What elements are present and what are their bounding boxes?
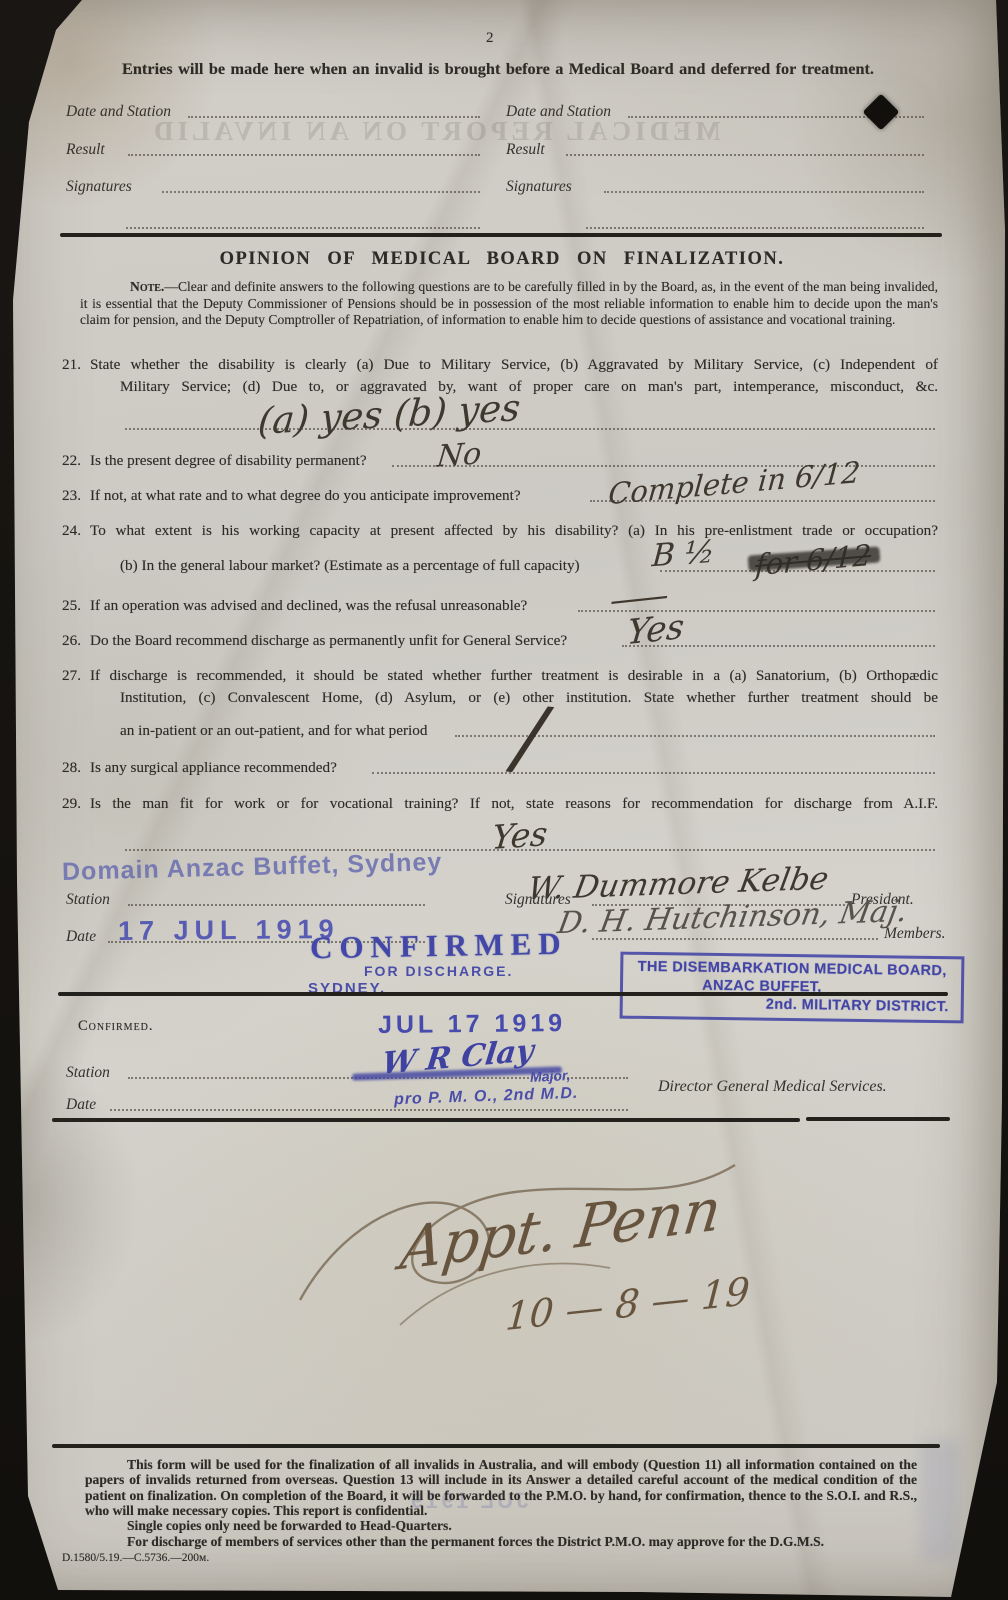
question-28: 28.Is any surgical appliance recommended… xyxy=(62,759,337,777)
question-24-answer: B ½ xyxy=(651,534,716,575)
deferred-left-signatures-line xyxy=(162,191,480,193)
question-22-text: Is the present degree of disability perm… xyxy=(90,452,367,469)
question-25: 25.If an operation was advised and decli… xyxy=(62,597,527,615)
board-date-stamp: 17 JUL 1919 xyxy=(118,914,340,947)
question-23: 23.If not, at what rate and to what degr… xyxy=(62,487,521,505)
confirmed-stamp: CONFIRMED xyxy=(310,926,568,966)
members-label: Members. xyxy=(884,925,946,943)
question-26-text: Do the Board recommend discharge as perm… xyxy=(90,632,567,649)
section-divider-3b xyxy=(806,1117,950,1121)
question-23-answer: Complete in 6/12 xyxy=(607,455,862,511)
section-divider-4 xyxy=(52,1444,940,1448)
deferred-left-result-label: Result xyxy=(66,141,105,159)
for-discharge-stamp: FOR DISCHARGE. xyxy=(364,963,513,979)
deferred-right-signatures-label: Signatures xyxy=(506,178,572,196)
deferred-right-result-label: Result xyxy=(506,141,545,159)
question-24-line1: 24.To what extent is his working capacit… xyxy=(62,521,938,540)
confirm-date-label: Date xyxy=(66,1096,96,1114)
section-divider-3a xyxy=(52,1118,800,1122)
question-24-line2: (b) In the general labour market? (Estim… xyxy=(120,557,580,575)
deferred-left-date-station-line xyxy=(188,116,480,118)
question-29-answer-line xyxy=(125,849,935,851)
question-27-line3: an in-patient or an out-patient, and for… xyxy=(120,722,427,740)
deferred-right-extra-line xyxy=(586,227,924,229)
station-rubber-stamp: Domain Anzac Buffet, Sydney xyxy=(62,848,443,887)
question-26-number: 26. xyxy=(62,632,81,649)
question-21-text: State whether the disability is clearly … xyxy=(90,356,938,373)
question-21-line2: Military Service; (d) Due to, or aggrava… xyxy=(120,377,938,396)
question-28-text: Is any surgical appliance recommended? xyxy=(90,759,337,776)
question-25-number: 25. xyxy=(62,597,81,614)
footer-single-copies: Single copies only need be forwarded to … xyxy=(127,1518,452,1534)
board-members-line xyxy=(592,938,878,940)
confirm-date-stamp: JUL 17 1919 xyxy=(378,1009,566,1040)
footer-confidential-text: This report is confidential. xyxy=(274,1503,428,1518)
question-22-number: 22. xyxy=(62,452,81,469)
question-28-answer-line xyxy=(372,772,935,774)
opinion-title: OPINION OF MEDICAL BOARD ON FINALIZATION… xyxy=(62,249,942,270)
board-date-label: Date xyxy=(66,928,96,946)
footer-main-text: This form will be used for the finalizat… xyxy=(85,1457,917,1518)
bleedthrough-title-ghost: MEDICAL REPORT ON AN INVALID xyxy=(150,116,721,147)
deferred-left-extra-line xyxy=(126,227,480,229)
question-28-number: 28. xyxy=(62,759,81,776)
question-23-text: If not, at what rate and to what degree … xyxy=(90,487,521,504)
deferred-left-signatures-label: Signatures xyxy=(66,178,132,196)
board-station-line xyxy=(128,904,425,906)
footer-discharge-note: For discharge of members of services oth… xyxy=(127,1534,824,1550)
question-24-text: To what extent is his working capacity a… xyxy=(90,522,938,539)
form-code: D.1580/5.19.—C.5736.—200ᴍ. xyxy=(62,1552,209,1564)
deferred-heading: Entries will be made here when an invali… xyxy=(122,59,874,78)
scan-background: MEDICAL REPORT ON AN INVALID JUL 1919 2 … xyxy=(0,0,1008,1600)
hole-punch xyxy=(863,94,900,131)
question-22: 22.Is the present degree of disability p… xyxy=(62,452,367,470)
question-23-number: 23. xyxy=(62,487,81,504)
confirm-station-label: Station xyxy=(66,1064,110,1082)
question-24-number: 24. xyxy=(62,522,81,539)
question-27-text: If discharge is recommended, it should b… xyxy=(90,667,938,684)
director-general-label: Director General Medical Services. xyxy=(658,1078,887,1096)
note-text: —Clear and definite answers to the follo… xyxy=(80,279,938,327)
section-divider-2 xyxy=(58,992,948,996)
question-21-answer-line xyxy=(125,428,935,430)
deferred-right-result-line xyxy=(566,154,924,156)
question-26: 26.Do the Board recommend discharge as p… xyxy=(62,632,567,650)
document-page: MEDICAL REPORT ON AN INVALID JUL 1919 2 … xyxy=(0,0,1008,1600)
question-27-line1: 27.If discharge is recommended, it shoul… xyxy=(62,666,938,685)
note-label: Note. xyxy=(130,279,164,294)
deferred-right-date-station-label: Date and Station xyxy=(506,103,611,121)
confirmed-label: Confirmed. xyxy=(78,1018,154,1035)
bleedthrough-blue-blot xyxy=(920,1440,960,1560)
opinion-note: Note.—Clear and definite answers to the … xyxy=(80,279,938,329)
pmo-title-stamp: pro P. M. O., 2nd M.D. xyxy=(394,1085,579,1109)
question-25-text: If an operation was advised and declined… xyxy=(90,597,527,614)
deferred-left-date-station-label: Date and Station xyxy=(66,103,171,121)
question-27-number: 27. xyxy=(62,667,81,684)
footer-paragraph: This form will be used for the finalizat… xyxy=(85,1457,917,1518)
deferred-right-signatures-line xyxy=(604,191,924,193)
board-station-label: Station xyxy=(66,891,110,909)
deferred-left-result-line xyxy=(128,154,480,156)
question-21-number: 21. xyxy=(62,356,81,373)
question-22-answer: No xyxy=(435,436,483,474)
confirm-date-line xyxy=(110,1109,628,1111)
question-29-text: Is the man fit for work or for vocationa… xyxy=(90,795,938,812)
disembarkation-board-stamp: THE DISEMBARKATION MEDICAL BOARD, ANZAC … xyxy=(620,952,965,1024)
board-stamp-line3: 2nd. MILITARY DISTRICT. xyxy=(627,994,957,1017)
question-29-number: 29. xyxy=(62,795,81,812)
page-number: 2 xyxy=(486,30,494,47)
pmo-rank-stamp: Major, xyxy=(530,1067,571,1085)
question-26-answer: Yes xyxy=(625,607,686,654)
question-21-line1: 21.State whether the disability is clear… xyxy=(62,355,938,374)
section-divider-1 xyxy=(60,233,942,237)
question-29: 29.Is the man fit for work or for vocati… xyxy=(62,794,938,813)
